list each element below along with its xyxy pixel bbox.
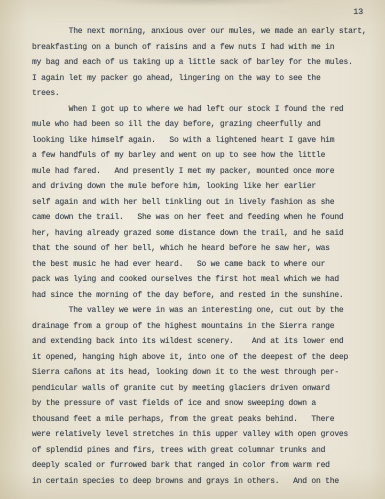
- page-number: 13: [353, 7, 363, 17]
- text-line: I again let my packer go ahead, lingerin…: [32, 71, 377, 87]
- text-line: in certain species to deep browns and gr…: [32, 474, 377, 490]
- text-line: and driving down the mule before him, lo…: [32, 179, 377, 195]
- text-line: thousand feet a mile perhaps, from the g…: [32, 412, 377, 428]
- text-line: by the pressure of vast fields of ice an…: [32, 396, 377, 412]
- page-text: The next morning, anxious over our mules…: [32, 24, 377, 489]
- text-line: came down the trail. She was on her feet…: [32, 210, 377, 226]
- text-line: pack was lying and cooked ourselves the …: [32, 272, 377, 288]
- text-line: were relatively level stretches in this …: [32, 427, 377, 443]
- text-line: the best music he had ever heard. So we …: [32, 257, 377, 273]
- text-line: it opened, hanging high above it, into o…: [32, 350, 377, 366]
- text-line: mule had fared. And presently I met my p…: [32, 164, 377, 180]
- text-line: drainage from a group of the highest mou…: [32, 319, 377, 335]
- text-line: The next morning, anxious over our mules…: [32, 24, 377, 40]
- text-line: her, having already grazed some distance…: [32, 226, 377, 242]
- text-line: deeply scaled or furrowed bark that rang…: [32, 458, 377, 474]
- text-line: looking like himself again. So with a li…: [32, 133, 377, 149]
- text-line: my bag and each of us taking up a little…: [32, 55, 377, 71]
- text-line: a few handfuls of my barley and went on …: [32, 148, 377, 164]
- text-line: of splendid pines and firs, trees with g…: [32, 443, 377, 459]
- text-line: breakfasting on a bunch of raisins and a…: [32, 40, 377, 56]
- document-page: 13 The next morning, anxious over our mu…: [0, 0, 385, 499]
- text-line: pendicular walls of granite cut by meeti…: [32, 381, 377, 397]
- text-line: Sierra cañons at its head, looking down …: [32, 365, 377, 381]
- text-line: that the sound of her bell, which he hea…: [32, 241, 377, 257]
- text-line: trees.: [32, 86, 377, 102]
- text-line: When I got up to where we had left our s…: [32, 102, 377, 118]
- text-line: self again and with her bell tinkling ou…: [32, 195, 377, 211]
- text-line: mule who had been so ill the day before,…: [32, 117, 377, 133]
- text-line: had since the morning of the day before,…: [32, 288, 377, 304]
- text-line: and extending back into its wildest scen…: [32, 334, 377, 350]
- text-line: The valley we were in was an interesting…: [32, 303, 377, 319]
